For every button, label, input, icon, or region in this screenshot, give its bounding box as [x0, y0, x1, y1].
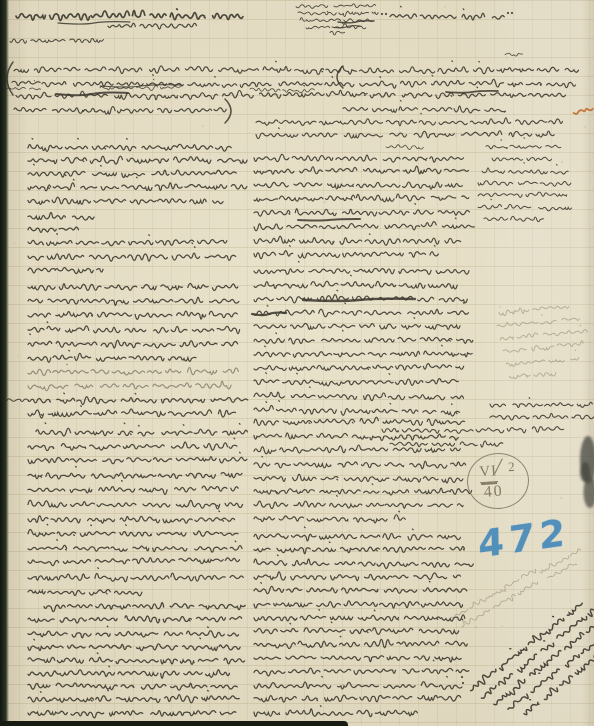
handwriting-line [254, 474, 463, 483]
handwriting-line [254, 345, 472, 357]
handwriting-line [482, 163, 568, 175]
book-edge-left [0, 0, 9, 726]
handwriting-line [28, 616, 242, 623]
handwriting-line [28, 406, 236, 418]
handwriting-line [502, 611, 594, 714]
speckle [572, 68, 574, 70]
ink-dot [511, 12, 513, 14]
handwriting-far-right-block [478, 138, 572, 222]
handwriting-line [506, 350, 579, 367]
handwriting-line [254, 581, 467, 593]
speckle [372, 724, 373, 725]
speckle [405, 462, 406, 463]
handwriting-line [457, 575, 539, 630]
handwriting-left-column-b [28, 212, 236, 273]
speckle [360, 721, 361, 722]
handwriting-line [28, 322, 240, 334]
handwriting-line [254, 555, 473, 568]
handwriting-layer [0, 0, 594, 726]
ink-dot [462, 682, 464, 684]
handwriting-left-column-a [28, 138, 247, 204]
speckle [584, 126, 586, 128]
speckle [44, 556, 45, 557]
handwriting-line [108, 23, 197, 29]
speckle [64, 127, 65, 128]
speckle [548, 261, 549, 262]
handwriting-line [28, 284, 238, 291]
handwriting-line [28, 540, 242, 552]
speckle [265, 176, 266, 177]
strikethrough-marks [56, 21, 498, 315]
speckle [355, 300, 357, 302]
speckle [405, 227, 407, 229]
ink-dot [507, 12, 509, 14]
speckle [445, 122, 447, 124]
handwriting-top-right-heading [390, 6, 504, 20]
speckle [560, 497, 562, 499]
handwriting-line [28, 350, 196, 362]
handwriting-line [28, 393, 248, 404]
speckle [589, 63, 590, 64]
handwriting-line [28, 511, 235, 523]
handwriting-line [254, 695, 461, 702]
handwriting-line [28, 558, 240, 566]
speckle [17, 355, 19, 357]
handwriting-line [28, 268, 103, 274]
handwriting-line [499, 303, 569, 316]
handwriting-line [254, 496, 463, 509]
punctuation-dots [381, 12, 513, 684]
speckle [324, 201, 326, 203]
handwriting-line [28, 247, 236, 261]
handwriting-line [390, 441, 503, 447]
handwriting-line [28, 467, 242, 479]
handwriting-line [14, 61, 579, 75]
handwriting-left-column-f [28, 423, 247, 596]
handwriting-line [28, 590, 142, 596]
handwriting-line [254, 527, 461, 541]
handwriting-intro-paragraph [12, 61, 579, 114]
handwriting-line [478, 181, 571, 186]
speckle [506, 57, 508, 59]
handwriting-line [505, 53, 523, 56]
speckle [202, 125, 204, 127]
speckle [499, 306, 501, 308]
handwriting-line [28, 711, 236, 718]
handwriting-line [254, 234, 461, 245]
speckle [445, 623, 446, 624]
handwriting-line [390, 6, 504, 20]
manuscript-page: VI / 2 40 472 [0, 0, 594, 726]
handwriting-line [254, 166, 469, 174]
handwriting-line [28, 690, 239, 703]
strikethrough [446, 91, 498, 93]
handwriting-line [254, 387, 464, 401]
handwriting-line [28, 234, 227, 246]
speckle [289, 435, 291, 437]
handwriting-line [343, 101, 506, 113]
handwriting-line [28, 138, 231, 151]
handwriting-left-column-c [28, 284, 240, 363]
speckle [420, 79, 422, 81]
speckle [73, 142, 75, 144]
handwriting-line [490, 398, 592, 408]
handwriting-line [28, 524, 238, 536]
ink-dot [461, 676, 463, 678]
handwriting-line [254, 330, 473, 344]
handwriting-right-column-c [254, 527, 473, 717]
handwriting-line [250, 88, 314, 93]
ink-dot [385, 13, 387, 15]
handwriting-line [298, 11, 378, 16]
handwriting-line [484, 216, 544, 221]
handwriting-line [44, 603, 245, 612]
handwriting-line [254, 484, 472, 495]
handwriting-line [28, 227, 79, 232]
handwriting-line [254, 262, 469, 275]
handwriting-line [254, 364, 464, 371]
speckle [391, 302, 392, 303]
handwriting-line [574, 106, 594, 115]
handwriting-line [254, 610, 465, 622]
handwriting-line [28, 334, 238, 348]
handwriting-margin-note-ink [382, 398, 594, 447]
handwriting-line [28, 381, 231, 390]
handwriting-orange-mark [574, 106, 594, 115]
handwriting-line [330, 23, 345, 35]
handwriting-line [28, 666, 230, 678]
handwriting-line [254, 417, 465, 425]
handwriting-line [12, 75, 575, 88]
handwriting-line [490, 413, 594, 420]
stamp-slash: / [493, 454, 503, 482]
stamp-upper-number: 2 [508, 459, 516, 475]
handwriting-line [28, 311, 237, 319]
handwriting-line [478, 199, 572, 211]
handwriting-line [509, 371, 556, 380]
handwriting-title-sub [108, 23, 197, 29]
handwriting-right-top-wide [256, 101, 562, 139]
speckle [524, 89, 525, 90]
handwriting-line [10, 39, 104, 44]
handwriting-line [254, 440, 460, 454]
handwriting-left-column-g [28, 603, 245, 718]
speckle [254, 410, 256, 412]
speckle [314, 28, 316, 30]
handwriting-line [28, 626, 239, 638]
handwriting-line [14, 107, 226, 115]
speckle [348, 530, 350, 532]
speckle [455, 135, 457, 137]
handwriting-line [254, 636, 467, 648]
ink-dot [381, 13, 383, 15]
handwriting-line [28, 452, 247, 463]
handwriting-left-column-e [28, 393, 248, 418]
speckle [257, 552, 259, 554]
handwriting-line [254, 660, 469, 676]
stamp-lower-number: 40 [483, 483, 504, 502]
handwriting-title-main [16, 9, 243, 21]
speckle [514, 694, 515, 695]
handwriting-line [254, 303, 469, 317]
handwriting-corner-note-pencil [451, 567, 544, 631]
speckle [380, 77, 381, 78]
strikethrough [58, 22, 130, 24]
handwriting-line [28, 297, 239, 305]
handwriting-line [254, 676, 462, 689]
handwriting-left-column-d [28, 364, 238, 390]
handwriting-line [28, 638, 240, 651]
handwriting-line [254, 154, 464, 162]
handwriting-line [16, 9, 243, 21]
handwriting-line [28, 438, 237, 450]
handwriting-line [254, 706, 417, 717]
handwriting-line [28, 568, 243, 582]
handwriting-line [382, 421, 564, 433]
speckle [561, 161, 563, 163]
handwriting-line [28, 197, 223, 204]
strikethrough [338, 21, 374, 23]
handwriting-line [36, 423, 247, 436]
handwriting-line [254, 433, 458, 441]
speckle [414, 414, 415, 415]
book-edge-bottom [0, 721, 348, 726]
speckle [153, 290, 154, 291]
speckle [281, 519, 283, 521]
handwriting-line [256, 113, 562, 125]
ink-stain [580, 436, 594, 508]
speckle [444, 6, 446, 8]
handwriting-line [254, 656, 461, 662]
handwriting-line [296, 4, 376, 8]
handwriting-line [492, 157, 552, 161]
handwriting-margin-note-pencil [496, 302, 592, 381]
handwriting-line [503, 340, 584, 353]
strikethrough [303, 299, 415, 301]
handwriting-line [254, 542, 464, 554]
strikethrough [298, 219, 360, 221]
handwriting-line [28, 500, 243, 509]
handwriting-line [451, 567, 538, 620]
handwriting-line [254, 401, 460, 416]
paper-speckle [7, 6, 590, 726]
handwriting-line [254, 246, 438, 259]
handwriting-line [254, 572, 461, 581]
handwriting-line [28, 177, 247, 191]
speckle [323, 368, 325, 370]
handwriting-line [28, 164, 236, 177]
speckle [536, 263, 537, 264]
speckle [132, 89, 133, 90]
handwriting-line [254, 622, 459, 634]
handwriting-line [254, 182, 463, 189]
handwriting-line [254, 194, 469, 202]
handwriting-line [254, 511, 405, 523]
handwriting-line [28, 653, 245, 664]
handwriting-line [28, 212, 94, 219]
speckle [475, 626, 477, 628]
handwriting-line [486, 138, 561, 149]
handwriting-left-subtitle [10, 39, 104, 44]
speckle [501, 625, 503, 627]
handwriting-line [254, 218, 474, 231]
speckle [33, 387, 34, 388]
handwriting-line [28, 364, 238, 375]
handwriting-line [256, 128, 554, 139]
handwriting-right-column-a [254, 154, 474, 258]
handwriting-line [254, 275, 457, 289]
speckle [325, 644, 327, 646]
handwriting-line [28, 481, 238, 495]
handwriting-line [478, 192, 567, 197]
handwriting-insert-e-wertlich [386, 145, 423, 150]
handwriting-line [28, 683, 237, 690]
handwriting-line [254, 204, 469, 217]
handwriting-line [28, 156, 247, 164]
strikethrough [56, 92, 128, 95]
speckle [118, 305, 120, 307]
handwriting-line [254, 456, 466, 468]
handwriting-line [500, 324, 588, 340]
handwriting-line [254, 318, 460, 330]
handwriting-top-center-note [296, 4, 378, 35]
speckle [14, 242, 16, 244]
speckle [300, 485, 301, 486]
handwriting-line [496, 311, 579, 328]
handwriting-line [254, 601, 463, 608]
handwriting-line [386, 145, 423, 150]
handwriting-line [254, 373, 458, 386]
